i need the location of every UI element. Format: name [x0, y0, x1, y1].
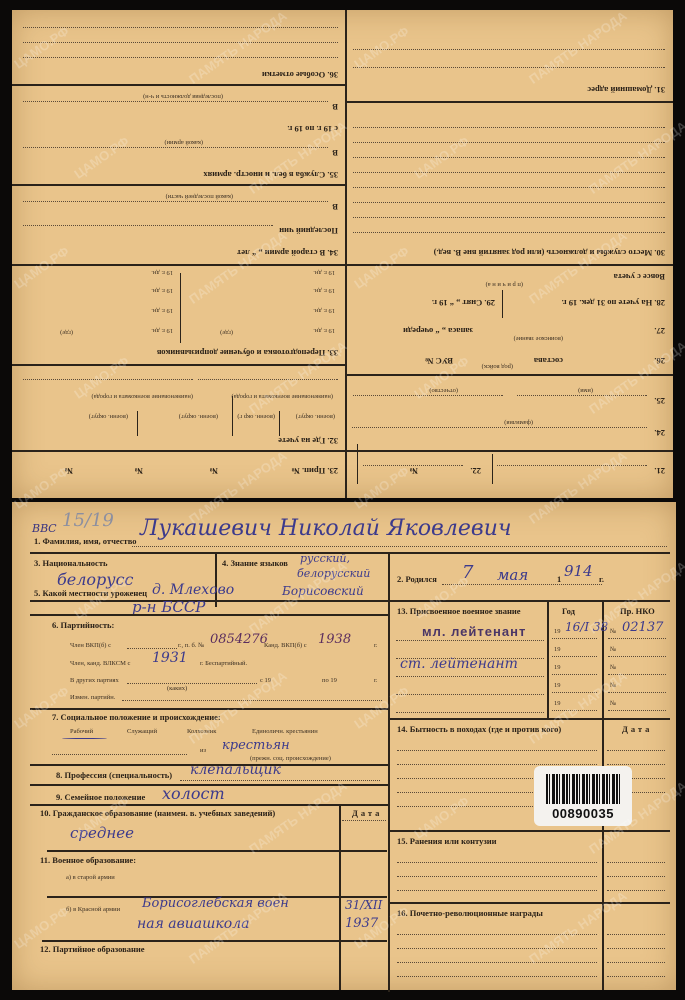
birth-month-value: мая — [497, 566, 528, 584]
field-35-v2: В — [332, 102, 338, 112]
party-change-label: Измен. партийн. — [70, 694, 115, 701]
section-rule — [388, 830, 670, 832]
field-33-sub-2: (где) — [60, 329, 73, 336]
field-24-line — [352, 427, 647, 428]
rank-year-prefix: 19 — [554, 628, 561, 635]
field-25-patronymic-sublabel: (отчество) — [429, 387, 458, 394]
field-14-label: 14. Бытность в походах (где и против ког… — [397, 724, 561, 734]
field-25-name-line — [517, 395, 647, 396]
field-31-line — [353, 49, 665, 50]
field-23-label: 23. Прип. № — [291, 466, 338, 476]
vkp-member-line — [127, 648, 177, 649]
divider — [180, 273, 181, 343]
vlksm-year-value: 1931 — [152, 650, 188, 666]
field-25-patronymic-line — [353, 395, 503, 396]
vkp-member-label: Член ВКП(б) с — [70, 642, 111, 649]
field-1-label: 1. Фамилия, имя, отчество — [34, 536, 137, 546]
archive-barcode-label: 00890035 — [534, 766, 632, 826]
divider-21-22 — [492, 454, 493, 484]
field-34-line — [23, 225, 273, 226]
social-option-employee: Служащий — [127, 728, 157, 735]
divider — [547, 600, 549, 718]
rank-order-prefix: № — [610, 682, 616, 689]
section-rule — [388, 718, 670, 720]
section-rule — [12, 450, 673, 452]
barcode-number: 00890035 — [534, 806, 632, 821]
rank-year-line — [552, 692, 597, 693]
card-back-side: 21. 22. № 23. Прип. № № № № 24. (фамилия… — [12, 10, 673, 498]
field-11a-label: а) в старой армии — [66, 874, 115, 881]
field-33-row: 19 г. дн. — [151, 287, 173, 294]
field-30-line — [353, 232, 665, 233]
languages-value-1: русский, — [300, 552, 350, 565]
field-12-label: 12. Партийное образование — [40, 944, 145, 954]
field-2-label: 2. Родился — [397, 574, 437, 584]
field-16-date-line — [607, 962, 665, 963]
field-30-line — [353, 202, 665, 203]
field-35-dates: с 19 г. по 19 г. — [287, 124, 338, 134]
field-36-line — [23, 57, 338, 58]
birth-year-suffix: г. — [599, 574, 604, 584]
field-23-number-2: № — [209, 466, 218, 476]
field-4-label: 4. Знание языков — [222, 558, 288, 568]
section-rule — [12, 184, 347, 186]
section-rule — [47, 850, 387, 852]
field-5-label: 5. Какой местности уроженец — [34, 588, 147, 598]
social-from-label: из — [200, 747, 206, 754]
field-32-label: 32. Где на учете — [278, 436, 338, 446]
field-7-label: 7. Социальное положение и происхождение: — [52, 712, 221, 722]
field-35-line — [23, 101, 328, 102]
field-24-label: 24. — [654, 428, 665, 438]
field-33-row: 19 г. дн. — [313, 287, 335, 294]
rank-line — [396, 694, 544, 695]
field-30-line — [353, 217, 665, 218]
rank-year-prefix: 19 — [554, 646, 561, 653]
card-back-rotated-content: 21. 22. № 23. Прип. № № № № 24. (фамилия… — [12, 10, 673, 498]
field-10-label: 10. Гражданское образование (наимен. в. … — [40, 808, 275, 818]
other-parties-line — [127, 683, 257, 684]
field-30-line — [353, 127, 665, 128]
social-option-worker: Рабочий — [70, 728, 93, 735]
civil-education-value: среднее — [70, 824, 134, 842]
field-30-line — [353, 142, 665, 143]
field-15-line — [397, 890, 597, 891]
profession-value: клепальщик — [190, 762, 281, 778]
field-28-label: 28. На учете по 31 дек. 19 г. — [562, 298, 665, 308]
field-6-label: 6. Партийность: — [52, 620, 114, 630]
birth-day-value: 7 — [462, 562, 473, 583]
section-rule — [347, 101, 673, 103]
field-33-row: 19 г. дн. — [313, 327, 335, 334]
main-vertical-divider — [388, 552, 390, 992]
field-3-label: 3. Национальность — [34, 558, 107, 568]
nationality-value: белорусс — [57, 570, 134, 589]
field-15-date-line — [607, 862, 665, 863]
party-change-line — [122, 700, 382, 701]
nonparty-label: г. Беспартийный. — [200, 660, 247, 667]
section-rule — [30, 804, 388, 806]
section-rule — [30, 614, 388, 616]
rank-year-line — [552, 710, 597, 711]
rank-order-line — [608, 656, 666, 657]
field-31-label: 31. Домашний адрес — [587, 85, 665, 95]
field-35-label: 35. Служба в бел. и иностр. армиях — [203, 170, 338, 180]
rank-order-line — [608, 638, 666, 639]
military-education-date-1: 31/XII — [345, 898, 382, 912]
field-15-label: 15. Ранения или контузии — [397, 836, 497, 846]
other-parties-g: г. — [374, 677, 378, 684]
rank-year-line — [552, 656, 597, 657]
field-2-line — [442, 584, 602, 585]
field-16-line — [397, 948, 597, 949]
languages-value-2: белорусский — [297, 567, 370, 580]
rank-order-line — [608, 674, 666, 675]
vkp-candidate-year-value: 1938 — [318, 632, 351, 647]
field-33-label: 33. Переподготовка и обучение допризывни… — [157, 348, 338, 358]
birthplace-value-1: д. Млехово — [152, 582, 234, 598]
field-33-row: 19 г. дн. — [151, 307, 173, 314]
field-14-line — [397, 764, 597, 765]
field-25-name-sublabel: (имя) — [578, 387, 593, 394]
field-15-date-line — [607, 876, 665, 877]
vlksm-label: Член, канд. ВЛКСМ с — [70, 660, 130, 667]
social-option-peasant: Единоличн. крестьянин — [252, 728, 318, 735]
field-35-sublabel-2: (последняя должность и ч-н) — [143, 93, 223, 100]
divider — [232, 396, 233, 436]
field-13-label: 13. Присвоенное военное звание — [397, 606, 521, 616]
rank-line — [396, 712, 544, 713]
rank-year-line — [552, 674, 597, 675]
field-32-sub-1: (военн. округ) — [296, 413, 335, 420]
field-16-line — [397, 934, 597, 935]
full-name-value: Лукашевич Николай Яковлевич — [140, 516, 512, 541]
field-removed-label: Вовсе с учета — [614, 272, 665, 282]
social-origin-sublabel: (прежн. соц. происхождение) — [250, 755, 331, 762]
field-36-line — [23, 27, 338, 28]
vkp-candidate-label: Канд. ВКП(б) с — [264, 642, 307, 649]
field-14-line — [397, 750, 597, 751]
selected-option-underline — [62, 738, 107, 739]
vvs-handwritten-note: ВВС — [32, 522, 57, 535]
field-32-line — [198, 379, 338, 380]
field-32-sub-2: (военн. окр г) — [237, 413, 275, 420]
rank-line — [396, 640, 544, 641]
section-rule — [388, 902, 670, 904]
rank-year-header: Год — [562, 606, 575, 616]
section-rule — [30, 708, 388, 710]
card-front-side: ВВС 15/19 1. Фамилия, имя, отчество Лука… — [12, 502, 676, 990]
field-22-number-sign: № — [409, 466, 418, 476]
military-education-value-2: ная авиашкола — [137, 916, 249, 932]
field-26-label: 26. — [654, 356, 665, 366]
field-27-label: 27. — [654, 326, 665, 336]
field-1-line — [132, 546, 667, 547]
rank-year-prefix: 19 — [554, 664, 561, 671]
field-34-v: В — [332, 202, 338, 212]
field-35-sublabel: (какой армии) — [164, 139, 203, 146]
field-15-line — [397, 862, 597, 863]
rank-year-prefix: 19 — [554, 682, 561, 689]
field-35-line — [23, 147, 328, 148]
other-parties-from: с 19 — [260, 677, 271, 684]
military-education-value-1: Борисоглебская воен — [142, 896, 289, 911]
field-8-label: 8. Профессия (специальность) — [56, 770, 172, 780]
field-30-line — [353, 157, 665, 158]
field-16-line — [397, 962, 597, 963]
field-34-line — [23, 201, 328, 202]
field-26-text: состава — [534, 356, 563, 366]
birth-year-prefix: 1 — [557, 574, 561, 584]
rank-year-line — [552, 638, 597, 639]
section-rule — [12, 84, 347, 86]
rank-order-value: 02137 — [622, 620, 663, 635]
field-16-date-line — [607, 934, 665, 935]
field-26-sublabel: (род войск) — [482, 363, 513, 370]
section-rule — [30, 552, 670, 554]
military-education-date-2: 1937 — [345, 916, 378, 931]
field-33-sub-1: (где) — [220, 329, 233, 336]
field-14-date-header: Дата — [622, 724, 652, 734]
field-27-sublabel: (воинское звание) — [514, 335, 563, 342]
section-rule — [30, 600, 670, 602]
rank-order-header: Пр. НКО — [620, 606, 655, 616]
field-33-row: 19 г. дн. — [151, 327, 173, 334]
field-30-line — [353, 172, 665, 173]
field-32-sub-4: (военн. округ) — [89, 413, 128, 420]
section-rule — [12, 264, 347, 266]
field-32-sub-3: (военн. округ) — [179, 413, 218, 420]
field-35-v: В — [332, 148, 338, 158]
rank-order-prefix: № — [610, 628, 616, 635]
field-32-city-sub-2: (наименование военкомата и города) — [92, 393, 193, 400]
date-line — [342, 820, 386, 821]
handwritten-code: 15/19 — [62, 510, 114, 531]
divider — [137, 411, 138, 436]
rank-line — [396, 676, 544, 677]
other-parties-sublabel: (каких) — [167, 685, 187, 692]
other-parties-label: В других партиях — [70, 677, 119, 684]
date-column-divider — [602, 718, 604, 990]
divider — [215, 552, 217, 607]
field-16-line — [397, 976, 597, 977]
field-32-line — [23, 379, 193, 380]
field-24-sublabel: (фамилия) — [504, 419, 533, 426]
field-34-last-rank: Последний чин — [279, 226, 338, 236]
rank-order-prefix: № — [610, 700, 616, 707]
marital-status-value: холост — [162, 784, 225, 803]
vkp-g: г. — [374, 642, 378, 649]
birthplace-value-2: Борисовский — [282, 584, 364, 598]
field-29-label: 29. Снят „ “ 19 г. — [432, 298, 495, 308]
field-11b-label: б) в Красной армии — [66, 906, 120, 913]
field-11-label: 11. Военное образование: — [40, 855, 136, 865]
section-rule — [42, 940, 387, 942]
field-23-number-4: № — [64, 466, 73, 476]
field-30-line — [353, 187, 665, 188]
field-21-label: 21. — [654, 466, 665, 476]
rank-year-value: 16/I 38 — [565, 620, 608, 634]
section-rule — [347, 374, 673, 376]
field-16-date-line — [607, 948, 665, 949]
field-16-label: 16. Почетно-революционные награды — [397, 908, 543, 918]
section-rule — [12, 364, 347, 366]
field-14-date-line — [607, 750, 665, 751]
field-33-row: 19 г. дн. — [151, 269, 173, 276]
field-33-row: 19 г. дн. — [313, 307, 335, 314]
rank-order-prefix: № — [610, 664, 616, 671]
field-16-date-line — [607, 976, 665, 977]
rank-order-line — [608, 692, 666, 693]
rank-stamp: мл. лейтенант — [422, 624, 526, 639]
rank-handwritten: ст. лейтенант — [400, 656, 518, 672]
field-15-date-line — [607, 890, 665, 891]
field-36-line — [23, 42, 338, 43]
barcode-icon — [546, 774, 620, 804]
birth-year-value: 914 — [564, 562, 593, 580]
field-14-date-line — [607, 764, 665, 765]
field-7-line — [52, 754, 187, 755]
rank-order-line — [608, 710, 666, 711]
field-26-vus: ВУС № — [425, 356, 453, 366]
field-9-label: 9. Семейное положение — [56, 792, 145, 802]
field-removed-sublabel: (п р и ч и н а) — [486, 281, 523, 288]
rank-year-prefix: 19 — [554, 700, 561, 707]
field-34-sublabel: (какой последней части) — [166, 193, 233, 200]
divider — [279, 411, 280, 436]
field-10-date-header: Дата — [352, 808, 382, 818]
field-33-row: 19 г. дн. — [313, 269, 335, 276]
divider — [602, 600, 604, 718]
field-30-label: 30. Место службы и должность (или род за… — [434, 248, 665, 258]
other-parties-to: по 19 — [322, 677, 337, 684]
party-card-label: г., п. б. № — [178, 642, 204, 649]
field-8-line — [180, 780, 380, 781]
field-21-line — [497, 465, 647, 466]
field-23-number-3: № — [134, 466, 143, 476]
field-32-city-sub-1: (наименование военкомата и города) — [232, 393, 333, 400]
rank-order-prefix: № — [610, 646, 616, 653]
divider-28-29 — [502, 290, 503, 318]
social-option-kolkhoznik: Колхозник — [187, 728, 216, 735]
field-27-text: запаса „ “ очереди — [403, 326, 473, 336]
field-15-line — [397, 876, 597, 877]
section-rule — [347, 264, 673, 266]
field-25-label: 25. — [654, 396, 665, 406]
social-origin-value: крестьян — [222, 738, 290, 753]
field-34-label: 34. В старой армии „ “ лет — [237, 248, 338, 258]
party-card-number-value: 0854276 — [210, 632, 268, 647]
field-31-line — [353, 67, 665, 68]
field-22-label: 22. — [470, 466, 481, 476]
field-36-label: 36. Особые отметки — [262, 70, 338, 80]
